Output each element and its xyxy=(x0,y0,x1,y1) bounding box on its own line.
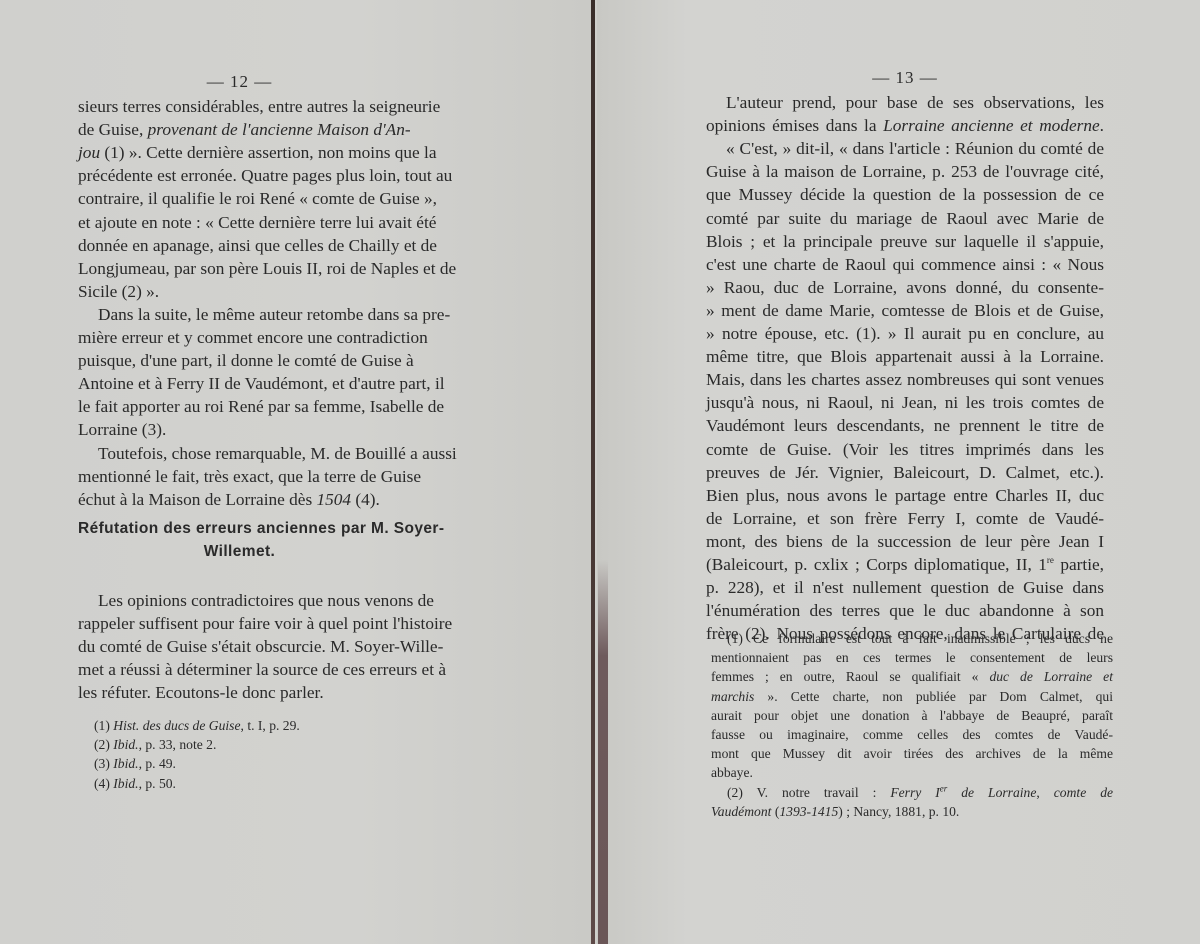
text-line: Les opinions contradictoires que nous ve… xyxy=(78,589,401,612)
footnote: (2) Ibid., p. 33, note 2. xyxy=(94,735,394,754)
text-line: l'énumération des terres que le duc aban… xyxy=(706,599,1104,622)
gutter-shadow xyxy=(598,560,608,944)
text-line: Blois ; et la principale preuve sur laqu… xyxy=(706,230,1104,253)
footnote-line: (2) V. notre travail : Ferry Ier de Lorr… xyxy=(711,783,1113,802)
footnote-line: mont que Mussey dit avoir tirées des arc… xyxy=(711,744,1113,763)
page-number: — 12 — xyxy=(78,70,401,93)
text-line: Mais, dans les chartes assez nombreuses … xyxy=(706,368,1104,391)
text-line: Antoine et à Ferry II de Vaudémont, et d… xyxy=(78,372,401,395)
footnotes: (1) Hist. des ducs de Guise, t. I, p. 29… xyxy=(94,716,394,793)
right-page-body: — 13 — L'auteur prend, pour base de ses … xyxy=(706,66,1104,645)
text-line: « C'est, » dit-il, « dans l'article : Ré… xyxy=(706,137,1104,160)
text-line: c'est une charte de Raoul qui commence a… xyxy=(706,253,1104,276)
text-line: échut à la Maison de Lorraine dès 1504 (… xyxy=(78,488,401,511)
section: Réfutation des erreurs anciennes par M. … xyxy=(78,517,401,704)
footnote: (1) Hist. des ducs de Guise, t. I, p. 29… xyxy=(94,716,394,735)
paragraph: Les opinions contradictoires que nous ve… xyxy=(78,589,401,704)
text-line: preuves de Jér. Vignier, Baleicourt, D. … xyxy=(706,461,1104,484)
text-line: rappeler suffisent pour faire voir à que… xyxy=(78,612,401,635)
text-line: et ajoute en note : « Cette dernière ter… xyxy=(78,211,401,234)
text-line: donnée en apanage, ainsi que celles de C… xyxy=(78,234,401,257)
text-line: les réfuter. Ecoutons-le donc parler. xyxy=(78,681,401,704)
paragraph: Toutefois, chose remarquable, M. de Boui… xyxy=(78,442,401,511)
footnote-line: marchis ». Cette charte, non publiée par… xyxy=(711,687,1113,706)
text-line: du comté de Guise s'était obscurcie. M. … xyxy=(78,635,401,658)
text-line: mont, des biens de la succession de leur… xyxy=(706,530,1104,553)
text-line: Toutefois, chose remarquable, M. de Boui… xyxy=(78,442,401,465)
footnote-line: fausse ou imaginaire, comme celles des c… xyxy=(711,725,1113,744)
text-line: comte de Guise. (Voir les titres imprimé… xyxy=(706,438,1104,461)
text-line: » ment de dame Marie, comtesse de Blois … xyxy=(706,299,1104,322)
text-line: L'auteur prend, pour base de ses observa… xyxy=(706,91,1104,114)
text-line: Sicile (2) ». xyxy=(78,280,401,303)
text-line: Lorraine (3). xyxy=(78,418,401,441)
paragraph: L'auteur prend, pour base de ses observa… xyxy=(706,91,1104,137)
text-line: » Raou, duc de Lorraine, avons donné, du… xyxy=(706,276,1104,299)
footnote: (4) Ibid., p. 50. xyxy=(94,774,394,793)
heading-line: Réfutation des erreurs anciennes par M. … xyxy=(78,517,401,540)
text-line: contraire, il qualifie le roi René « com… xyxy=(78,187,401,210)
page-number: — 13 — xyxy=(706,66,1104,89)
paragraph: Dans la suite, le même auteur retombe da… xyxy=(78,303,401,442)
text-line: p. 228), et il n'est nullement question … xyxy=(706,576,1104,599)
text-line: » notre épouse, etc. (1). » Il aurait pu… xyxy=(706,322,1104,345)
text-line: jou (1) ». Cette dernière assertion, non… xyxy=(78,141,401,164)
text-line: mentionné le fait, très exact, que la te… xyxy=(78,465,401,488)
footnote: (3) Ibid., p. 49. xyxy=(94,754,394,773)
footnote-line: aurait pour objet une donation à l'abbay… xyxy=(711,706,1113,725)
paragraph: sieurs terres considérables, entre autre… xyxy=(78,95,401,303)
text-line: Vaudémont leurs descendants, ne prennent… xyxy=(706,414,1104,437)
text-line: mière erreur et y commet encore une cont… xyxy=(78,326,401,349)
text-line: sieurs terres considérables, entre autre… xyxy=(78,95,401,118)
text-line: que Mussey décide la question de la poss… xyxy=(706,183,1104,206)
text-line: Bien plus, nous avons le partage entre C… xyxy=(706,484,1104,507)
text-line: jusqu'à nous, ni Raoul, ni Jean, ni les … xyxy=(706,391,1104,414)
footnote-line: (1) Ce formulaire est tout à fait inadmi… xyxy=(711,629,1113,648)
book-gutter xyxy=(591,0,595,944)
text-line: de Lorraine, et son frère Ferry I, comte… xyxy=(706,507,1104,530)
paragraph: « C'est, » dit-il, « dans l'article : Ré… xyxy=(706,137,1104,645)
section-heading: Réfutation des erreurs anciennes par M. … xyxy=(78,517,401,563)
footnote-line: mentionnaient pas en ces termes le conse… xyxy=(711,648,1113,667)
left-page-body: — 12 — sieurs terres considérables, entr… xyxy=(78,70,401,511)
heading-line: Willemet. xyxy=(78,540,401,563)
text-line: Dans la suite, le même auteur retombe da… xyxy=(78,303,401,326)
text-line: Guise à la maison de Lorraine, p. 253 de… xyxy=(706,160,1104,183)
text-line: le fait apporter au roi René par sa femm… xyxy=(78,395,401,418)
footnotes: (1) Ce formulaire est tout à fait inadmi… xyxy=(711,629,1113,821)
text-line: même titre, que Blois appartenait aussi … xyxy=(706,345,1104,368)
text-line: comté par suite du mariage de Raoul avec… xyxy=(706,207,1104,230)
footnote-line: femmes ; en outre, Raoul se qualifiait «… xyxy=(711,667,1113,686)
text-line: opinions émises dans la Lorraine ancienn… xyxy=(706,114,1104,137)
text-line: puisque, d'une part, il donne le comté d… xyxy=(78,349,401,372)
footnote-line: Vaudémont (1393-1415) ; Nancy, 1881, p. … xyxy=(711,802,1113,821)
footnote-line: abbaye. xyxy=(711,763,1113,782)
right-page: — 13 — L'auteur prend, pour base de ses … xyxy=(597,0,1200,944)
text-line: de Guise, provenant de l'ancienne Maison… xyxy=(78,118,401,141)
left-page: — 12 — sieurs terres considérables, entr… xyxy=(0,0,594,944)
text-line: met a réussi à déterminer la source de c… xyxy=(78,658,401,681)
text-line: précédente est erronée. Quatre pages plu… xyxy=(78,164,401,187)
text-line: Longjumeau, par son père Louis II, roi d… xyxy=(78,257,401,280)
text-line: (Baleicourt, p. cxlix ; Corps diplomatiq… xyxy=(706,553,1104,576)
